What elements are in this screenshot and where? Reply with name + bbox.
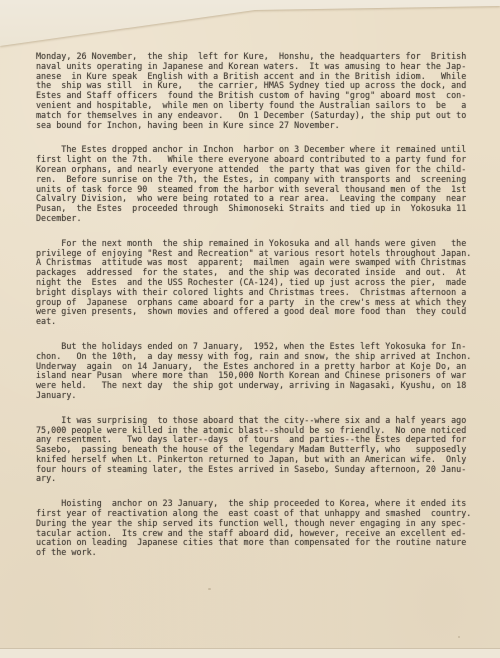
text-line: were held. The next day the ship got und…	[36, 381, 480, 391]
paragraph-5: It was surprising to those aboard that t…	[36, 416, 480, 485]
document-text: Monday, 26 November, the ship left for K…	[36, 52, 480, 573]
scanned-page: Monday, 26 November, the ship left for K…	[0, 0, 500, 658]
text-line: ary.	[36, 474, 480, 484]
page-bottom-edge	[0, 648, 500, 658]
paper-speck	[208, 588, 211, 590]
text-line: four hours of steaming later, the Estes …	[36, 465, 480, 475]
text-line: December.	[36, 214, 480, 224]
paragraph-2: The Estes dropped anchor in Inchon harbo…	[36, 145, 480, 223]
text-line: Pusan, the Estes proceeded through Shimo…	[36, 204, 480, 214]
text-line: of the work.	[36, 548, 480, 558]
paragraph-4: But the holidays ended on 7 January, 195…	[36, 342, 480, 401]
text-line: January.	[36, 391, 480, 401]
text-line: eat.	[36, 317, 480, 327]
text-line: were given presents, shown movies and of…	[36, 307, 480, 317]
paragraph-1: Monday, 26 November, the ship left for K…	[36, 52, 480, 130]
text-line: ucation on leading Japanese cities that …	[36, 538, 480, 548]
page-top-edge-fold	[0, 0, 500, 50]
paragraph-3: For the next month the ship remained in …	[36, 239, 480, 327]
text-line: sea bound for Inchon, having been in Kur…	[36, 121, 480, 131]
paper-speck	[458, 636, 460, 638]
paragraph-6: Hoisting anchor on 23 January, the ship …	[36, 499, 480, 558]
page-top-edge	[0, 0, 500, 50]
